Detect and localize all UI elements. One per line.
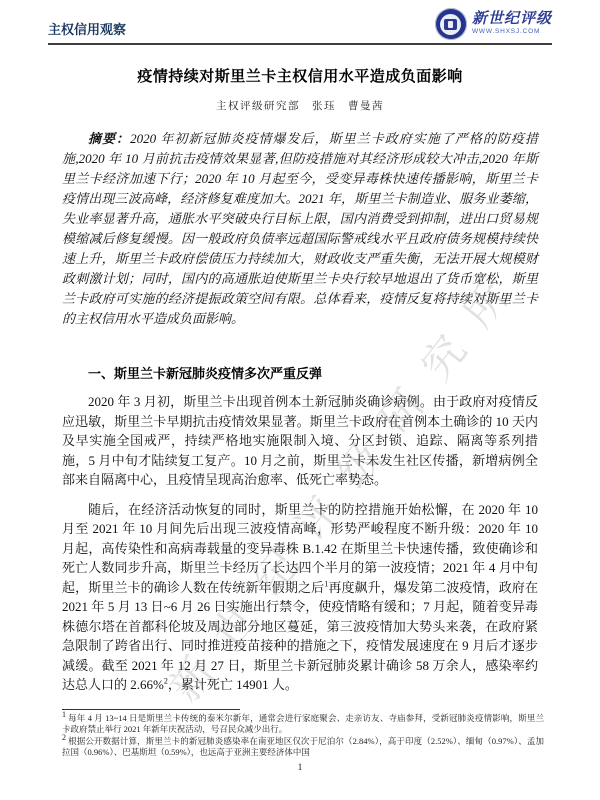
- abstract-text: 2020 年初新冠肺炎疫情爆发后，斯里兰卡政府实施了严格的防疫措施,2020 年…: [62, 131, 538, 326]
- footnote-1-marker: 1: [62, 710, 66, 719]
- document-page: 新世纪评级研究所 主权信用观察 新世纪评级 WWW.SHXSJ.COM 疫情持续…: [0, 0, 600, 800]
- article-title: 疫情持续对斯里兰卡主权信用水平造成负面影响: [0, 65, 600, 86]
- section-1-paragraph-2: 随后，在经济活动恢复的同时，斯里兰卡的防控措施开始松懈，在 2020 年 10 …: [62, 500, 538, 695]
- brand-logo: 新世纪评级 WWW.SHXSJ.COM: [435, 8, 552, 40]
- header-section-label: 主权信用观察: [48, 19, 126, 40]
- footnote-2-marker: 2: [62, 733, 66, 742]
- brand-url: WWW.SHXSJ.COM: [472, 29, 552, 36]
- page-header: 主权信用观察 新世纪评级 WWW.SHXSJ.COM: [0, 0, 600, 43]
- abstract-label: 摘要：: [88, 131, 130, 146]
- footnote-2: 2根据公开数据计算，斯里兰卡的新冠肺炎感染率在南亚地区仅次于尼泊尔（2.84%）…: [62, 736, 544, 759]
- brand-name: 新世纪评级: [472, 12, 552, 28]
- abstract-paragraph: 摘要：2020 年初新冠肺炎疫情爆发后，斯里兰卡政府实施了严格的防疫措施,202…: [62, 129, 538, 329]
- section-1-paragraph-1: 2020 年 3 月初，斯里兰卡出现首例本土新冠肺炎确诊病例。由于政府对疫情反应…: [62, 392, 538, 490]
- section-1-heading: 一、斯里兰卡新冠肺炎疫情多次严重反弹: [62, 363, 538, 382]
- article-byline: 主权评级研究部 张珏 曹曼茜: [0, 98, 600, 113]
- footnote-divider: [62, 709, 240, 710]
- footnotes-block: 1每年 4 月 13~14 日是斯里兰卡传统的泰米尔新年，通常会进行家庭聚会、走…: [62, 713, 544, 759]
- footnote-1: 1每年 4 月 13~14 日是斯里兰卡传统的泰米尔新年，通常会进行家庭聚会、走…: [62, 713, 544, 736]
- header-divider: [48, 43, 552, 45]
- brand-emblem-icon: [435, 8, 467, 40]
- page-number: 1: [0, 762, 600, 772]
